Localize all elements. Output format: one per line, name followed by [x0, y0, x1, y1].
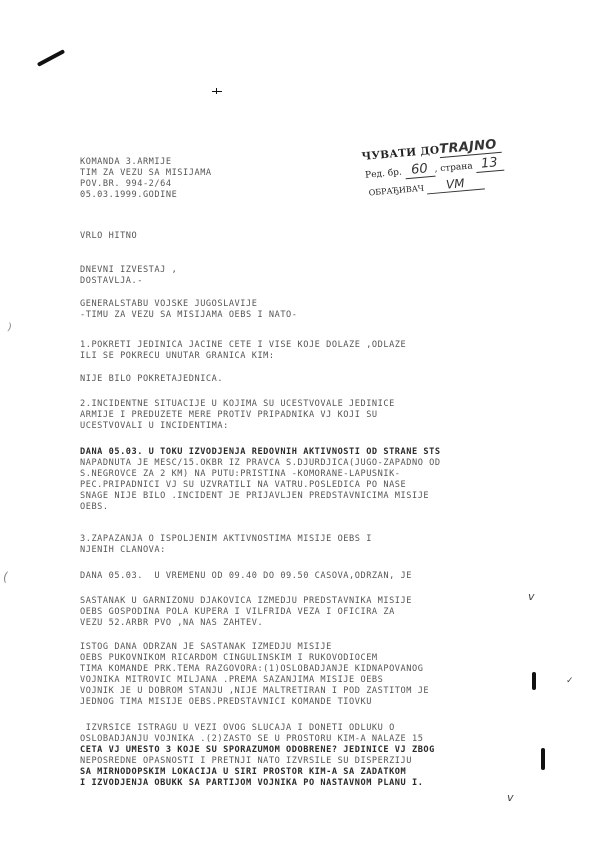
section-3-body-17: NEPOSREDNE OPASNOSTI I PRETNJI NATO IZVR…	[80, 756, 412, 767]
header-line-4: 05.03.1999.GODINE	[80, 190, 177, 201]
section-3-body-19: I IZVODJENJA OBUKK SA PARTIJOM VOJNIKA P…	[80, 778, 423, 789]
margin-checkmark-3: v	[507, 791, 514, 804]
margin-checkmark-1: v	[528, 590, 535, 603]
section-3-body-5: VEZU 52.ARBR PVO ,NA NAS ZAHTEV.	[80, 618, 263, 629]
section-2-body-6: OEBS.	[80, 502, 109, 513]
scan-mark-cross	[212, 91, 222, 92]
section-2-heading-3: UCESTVOVALI U INCIDENTIMA:	[80, 421, 229, 432]
section-2-body-4: PEC.PRIPADNICI VJ SU UZVRATILI NA VATRU.…	[80, 480, 406, 491]
section-1-heading-1: 1.POKRETI JEDINICA JACINE CETE I VISE KO…	[80, 340, 406, 351]
section-2-heading-2: ARMIJE I PREDUZETE MERE PROTIV PRIPADNIK…	[80, 410, 378, 421]
stamp-reg-value: 60	[404, 161, 435, 180]
section-3-body-10: VOJNIKA MITROVIC MILJANA .PREMA SAZANJIM…	[80, 675, 383, 686]
section-2-body-3: S.NEGROVCE ZA 2 KM) NA PUTU:PRISTINA -KO…	[80, 469, 401, 480]
section-1-heading-2: ILI SE POKRECU UNUTAR GRANICA KIM:	[80, 351, 275, 362]
report-delivery: DOSTAVLJA.-	[80, 276, 143, 287]
section-3-body-4: OEBS GOSPODINA POLA KUPERA I VILFRIDA VE…	[80, 607, 395, 618]
section-3-body-14: IZVRSICE ISTRAGU U VEZI OVOG SLUCAJA I D…	[80, 723, 395, 734]
header-line-3: POV.BR. 994-2/64	[80, 179, 172, 190]
section-3-body-7: ISTOG DANA ODRZAN JE SASTANAK IZMEDJU MI…	[80, 642, 332, 653]
stamp-page-value: 13	[475, 155, 504, 173]
section-2-body-5: SNAGE NIJE BILO .INCIDENT JE PRIJAVLJEN …	[80, 491, 429, 502]
scan-mark-pen-stroke	[37, 49, 65, 67]
section-3-heading-1: 3.ZAPAZANJA O ISPOLJENIM AKTIVNOSTIMA MI…	[80, 534, 372, 545]
section-3-body-1: DANA 05.03. U VREMENU OD 09.40 DO 09.50 …	[80, 571, 412, 582]
recipient-line-2: -TIMU ZA VEZU SA MISIJAMA OEBS I NATO-	[80, 310, 298, 321]
header-line-1: KOMANDA 3.ARMIJE	[80, 157, 172, 168]
section-3-body-11: VOJNIK JE U DOBROM STANJU ,NIJE MALTRETI…	[80, 686, 429, 697]
margin-checkmark-2: ✓	[566, 676, 574, 686]
scanned-document-page: KOMANDA 3.ARMIJE TIM ZA VEZU SA MISIJAMA…	[0, 0, 603, 848]
header-line-2: TIM ZA VEZU SA MISIJAMA	[80, 168, 212, 179]
section-2-heading-1: 2.INCIDENTNE SITUACIJE U KOJIMA SU UCEST…	[80, 399, 395, 410]
margin-bar-1	[532, 672, 536, 690]
margin-bracket-left: )	[8, 322, 12, 333]
section-2-body-2: NAPADNUTA JE MESC/15.OKBR IZ PRAVCA S.DJ…	[80, 458, 441, 469]
section-1-body-1: NIJE BILO POKRETAJEDNICA.	[80, 374, 223, 385]
section-3-body-18: SA MIRNODOPSKIM LOKACIJA U SIRI PROSTOR …	[80, 767, 406, 778]
section-3-body-12: JEDNOG TIMA MISIJE OEBS.PREDSTAVNICI KOM…	[80, 697, 372, 708]
archive-stamp: ЧУВАТИ ДОTRAJNO Ред. бр. 60, страна 13 О…	[360, 121, 525, 195]
recipient-line-1: GENERALSTABU VOJSKE JUGOSLAVIJE	[80, 299, 257, 310]
section-2-body-1: DANA 05.03. U TOKU IZVODJENJA REDOVNIH A…	[80, 447, 441, 458]
scan-mark-cross-vertical	[216, 88, 217, 94]
stamp-processor-value: VM	[426, 174, 485, 194]
section-3-body-8: OEBS PUKOVNIKOM RICARDOM CINGULINSKIM I …	[80, 653, 378, 664]
priority-label: VRLO HITNO	[80, 231, 137, 242]
section-3-body-9: TIMA KOMANDE PRK.TEMA RAZGOVORA:(1)OSLOB…	[80, 664, 423, 675]
section-3-body-16: CETA VJ UMESTO 3 KOJE SU SPORAZUMOM ODOB…	[80, 745, 435, 756]
section-3-body-3: SASTANAK U GARNIZONU DJAKOVICA IZMEDJU P…	[80, 596, 412, 607]
report-type: DNEVNI IZVESTAJ ,	[80, 265, 177, 276]
section-3-heading-2: NJENIH CLANOVA:	[80, 545, 166, 556]
section-3-body-15: OSLOBADJANJU VOJNIKA .(2)ZASTO SE U PROS…	[80, 734, 423, 745]
margin-arc-left: (	[3, 570, 8, 584]
margin-bar-2	[541, 748, 545, 770]
